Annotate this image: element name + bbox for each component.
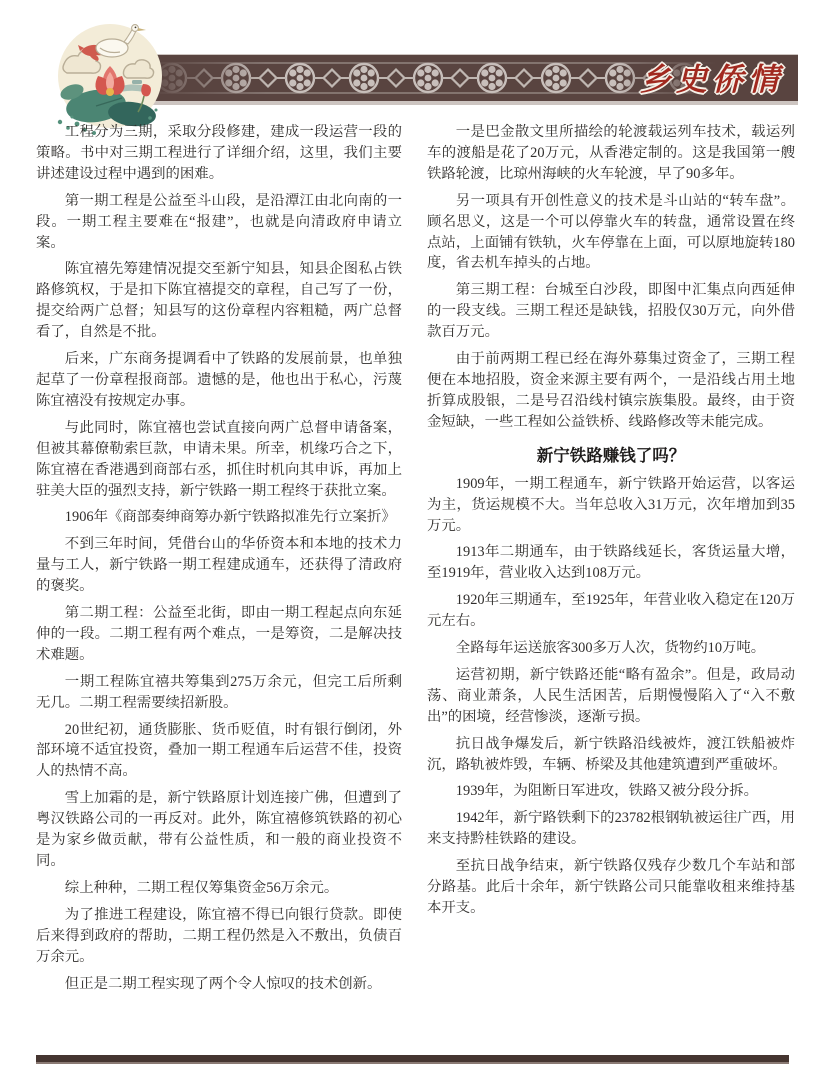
paragraph: 为了推进工程建设，陈宜禧不得已向银行贷款。即使后来得到政府的帮助，二期工程仍然是… — [36, 905, 402, 968]
paragraph: 至抗日战争结束，新宁铁路仅残存少数几个车站和部分路基。此后十余年，新宁铁路公司只… — [427, 856, 795, 919]
paragraph: 1906年《商部奏绅商筹办新宁铁路拟准先行立案折》 — [36, 507, 402, 528]
paragraph: 1909年，一期工程通车，新宁铁路开始运营，以客运为主，货运规模不大。当年总收入… — [427, 474, 795, 537]
footer-rule — [36, 1055, 789, 1064]
paragraph: 不到三年时间，凭借台山的华侨资本和本地的技术力量与工人，新宁铁路一期工程建成通车… — [36, 534, 402, 597]
paragraph: 抗日战争爆发后，新宁铁路沿线被炸，渡江铁船被炸沉，路轨被炸毁，车辆、桥梁及其他建… — [427, 734, 795, 776]
paragraph: 1920年三期通车，至1925年，年营业收入稳定在120万元左右。 — [427, 590, 795, 632]
masthead-banner: 乡史侨情 — [76, 54, 798, 105]
paragraph: 陈宜禧先筹建情况提交至新宁知县，知县企图私占铁路修筑权，于是扣下陈宜禧提交的章程… — [36, 259, 402, 343]
left-column: 工程分为三期，采取分段修建，建成一段运营一段的策略。书中对三期工程进行了详细介绍… — [36, 122, 402, 1000]
paragraph: 后来，广东商务提调看中了铁路的发展前景，也单独起草了一份章程报商部。遗憾的是，他… — [36, 349, 402, 412]
section-subheading: 新宁铁路赚钱了吗？ — [427, 442, 795, 466]
magazine-page: 乡史侨情 — [0, 0, 825, 1079]
paragraph: 运营初期，新宁铁路还能“略有盈余”。但是，政局动荡、商业萧条，人民生活困苦，后期… — [427, 665, 795, 728]
paragraph: 全路每年运送旅客300多万人次，货物约10万吨。 — [427, 638, 795, 659]
paragraph: 20世纪初，通货膨胀、货币贬值，时有银行倒闭，外部环境不适宜投资，叠加一期工程通… — [36, 720, 402, 783]
lotus-crane-medallion-illustration — [50, 18, 170, 138]
paragraph: 第一期工程是公益至斗山段，是沿潭江由北向南的一段。一期工程主要难在“报建”，也就… — [36, 191, 402, 254]
paragraph: 1913年二期通车，由于铁路线延长，客货运量大增，至1919年，营业收入达到10… — [427, 542, 795, 584]
paragraph: 另一项具有开创性意义的技术是斗山站的“转车盘”。顾名思义，这是一个可以停靠火车的… — [427, 191, 795, 275]
paragraph: 由于前两期工程已经在海外募集过资金了，三期工程便在本地招股，资金来源主要有两个，… — [427, 349, 795, 433]
paragraph: 但正是二期工程实现了两个令人惊叹的技术创新。 — [36, 974, 402, 995]
paragraph: 1942年，新宁路铁剩下的23782根钢轨被运往广西，用来支持黔桂铁路的建设。 — [427, 808, 795, 850]
section-title: 乡史侨情 — [640, 54, 784, 99]
paragraph: 工程分为三期，采取分段修建，建成一段运营一段的策略。书中对三期工程进行了详细介绍… — [36, 122, 402, 185]
paragraph: 第二期工程：公益至北街，即由一期工程起点向东延伸的一段。二期工程有两个难点，一是… — [36, 603, 402, 666]
paragraph: 与此同时，陈宜禧也尝试直接向两广总督申请备案，但被其幕僚勒索巨款，申请未果。所幸… — [36, 418, 402, 502]
paragraph: 第三期工程：台城至白沙段，即图中汇集点向西延伸的一段支线。三期工程还是缺钱，招股… — [427, 280, 795, 343]
paragraph: 雪上加霜的是，新宁铁路原计划连接广佛，但遭到了粤汉铁路公司的一再反对。此外，陈宜… — [36, 788, 402, 872]
right-column: 一是巴金散文里所描绘的轮渡载运列车技术，载运列车的渡船是花了20万元，从香港定制… — [427, 122, 795, 925]
paragraph: 1939年，为阻断日军进攻，铁路又被分段分拆。 — [427, 781, 795, 802]
paragraph: 综上种种，二期工程仅筹集资金56万余元。 — [36, 878, 402, 899]
paragraph: 一是巴金散文里所描绘的轮渡载运列车技术，载运列车的渡船是花了20万元，从香港定制… — [427, 122, 795, 185]
paragraph: 一期工程陈宜禧共筹集到275万余元，但完工后所剩无几。二期工程需要续招新股。 — [36, 672, 402, 714]
